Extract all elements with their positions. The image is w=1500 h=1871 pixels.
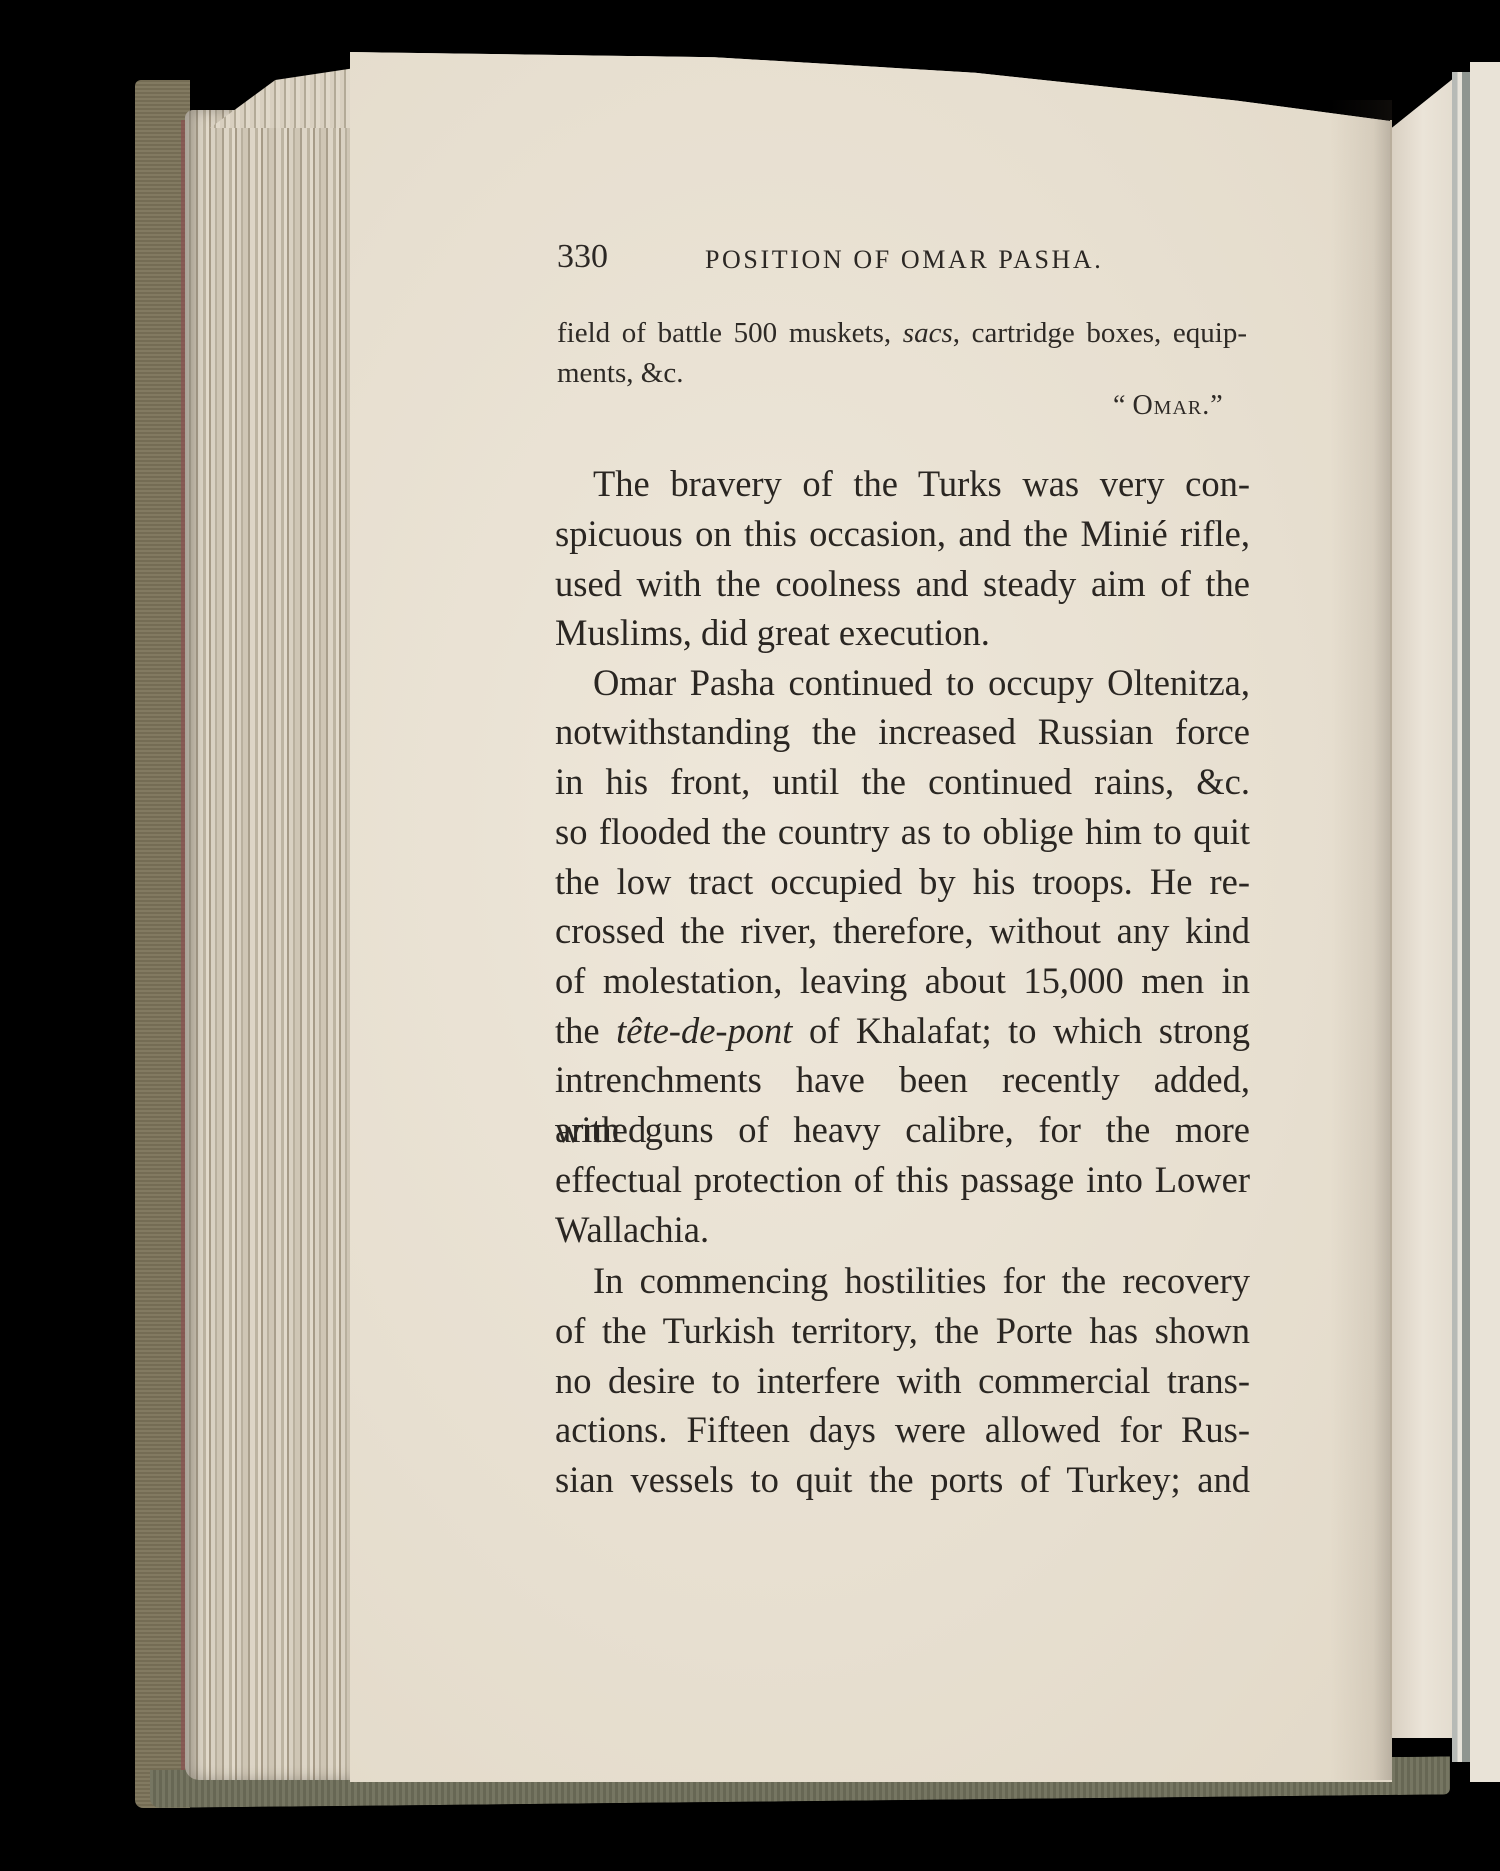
text-line: sian vessels to quit the ports of Turkey… — [555, 1455, 1250, 1505]
book-page-right-strip — [1392, 78, 1454, 1738]
quote-italic-sacs: sacs — [903, 317, 953, 349]
text-line: Omar Pasha continued to occupy Oltenitza… — [593, 658, 1250, 708]
quote-line-2: ments, &c. — [557, 353, 683, 393]
quote-text: , cartridge boxes, equip- — [953, 317, 1247, 349]
text-line: of the Turkish territory, the Porte has … — [555, 1306, 1250, 1356]
text-line: used with the coolness and steady aim of… — [555, 559, 1250, 609]
text-line: with guns of heavy calibre, for the more — [555, 1105, 1250, 1155]
text-line: the tête-de-pont of Khalafat; to which s… — [555, 1006, 1250, 1056]
page-fore-edge-stack — [185, 110, 353, 1780]
page-number: 330 — [557, 238, 608, 276]
signature-omar: “ Omar.” — [1113, 390, 1223, 422]
quote-text: field of battle 500 muskets, — [557, 317, 903, 349]
open-quote: “ — [1113, 390, 1132, 421]
text-line: of molestation, leaving about 15,000 men… — [555, 956, 1250, 1006]
signature-name: Omar. — [1132, 390, 1210, 421]
next-page-sliver — [1470, 62, 1500, 1782]
italic-tete-de-pont: tête-de-pont — [616, 1010, 792, 1051]
text-line: notwithstanding the increased Russian fo… — [555, 707, 1250, 757]
text-line: the low tract occupied by his troops. He… — [555, 857, 1250, 907]
plate-edge-grey — [1452, 72, 1470, 1762]
text-line: so flooded the country as to oblige him … — [555, 807, 1250, 857]
text-line: no desire to interfere with commercial t… — [555, 1356, 1250, 1406]
gutter-fold — [1390, 120, 1392, 1735]
text-line: effectual protection of this passage int… — [555, 1155, 1250, 1205]
text-line: In commencing hostilities for the recove… — [593, 1256, 1250, 1306]
text-line: spicuous on this occasion, and the Minié… — [555, 509, 1250, 559]
text-line: in his front, until the continued rains,… — [555, 757, 1250, 807]
text-line: The bravery of the Turks was very con- — [593, 459, 1250, 509]
text-line: Wallachia. — [555, 1205, 1250, 1255]
quote-line-1: field of battle 500 muskets, sacs, cartr… — [557, 313, 1247, 353]
page-stack-top — [210, 68, 355, 128]
gutter-shadow — [1330, 100, 1392, 1780]
close-quote: ” — [1210, 390, 1222, 421]
text-line: intrenchments have been recently added, … — [555, 1055, 1250, 1105]
text-line: actions. Fifteen days were allowed for R… — [555, 1405, 1250, 1455]
text-line: Muslims, did great execution. — [555, 608, 1250, 658]
running-head-title: POSITION OF OMAR PASHA. — [705, 245, 1103, 275]
text-line: crossed the river, therefore, without an… — [555, 906, 1250, 956]
running-head: 330 POSITION OF OMAR PASHA. — [557, 238, 1257, 278]
